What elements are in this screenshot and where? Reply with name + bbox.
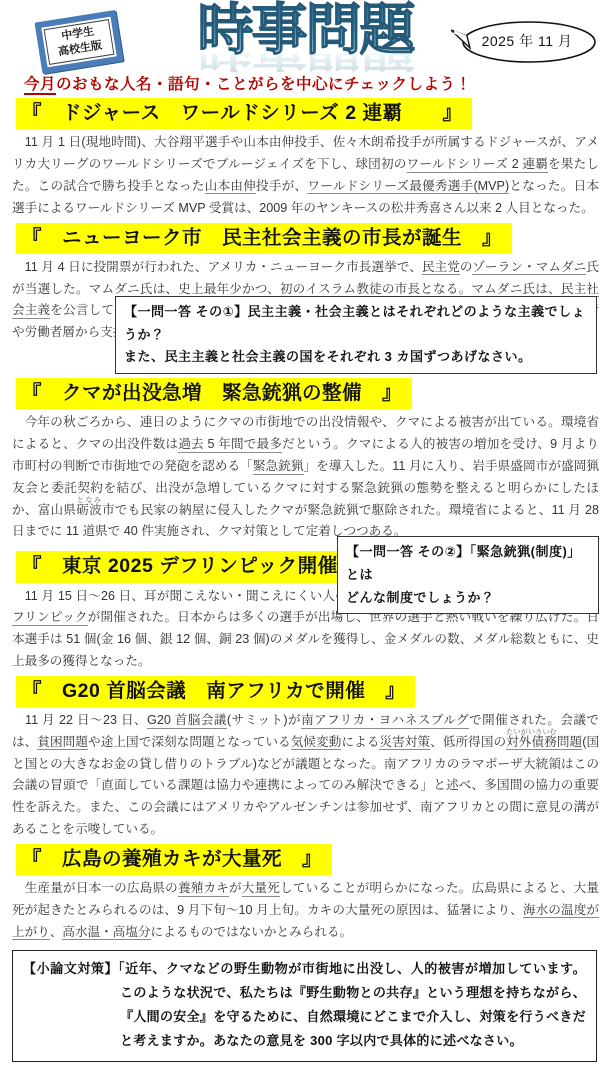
grade-badge-text: 中学生 高校生版 [44,19,115,65]
text-segment: の [460,260,472,274]
text-segment: が [229,881,242,895]
underlined-term: 緊急銃猟 [253,459,304,475]
text-segment: による [341,735,379,749]
text-segment: 投手が、 [256,179,307,193]
section-body-oysters: 生産量が日本一の広島県の養殖カキが大量死していることが明らかになった。広島県によ… [12,878,599,943]
section-g20: 『 G20 首脳会議 南アフリカで開催 』 11 月 22 日～23 日、G20… [10,676,599,841]
essay-prompt-box: 【小論文対策】「近年、クマなどの野生動物が市街地に出没し、人的被害が増加していま… [12,950,597,1062]
underlined-term: ゾーラン・マムダニ [472,260,586,276]
text-segment: 11 月 22 日～23 日、 [12,713,147,727]
section-deaflympics: 【一問一答 その②】「緊急銃猟(制度)」とは どんな制度でしょうか？ 『 東京 … [10,551,599,673]
date-bubble: 2025 年 11 月 [451,20,597,64]
underlined-term: G20 首脳会議 [147,713,227,729]
underlined-term: 問題 [557,735,582,751]
underlined-term: 災害対策 [379,735,430,751]
underlined-term: 山本由伸 [205,179,256,195]
section-heading-bears: 『 クマが出没急増 緊急銃猟の整備 』 [16,378,412,409]
underlined-term: 気候変動 [291,735,342,751]
text-segment: が開催された。日本からは多くの選手が出場し、世界の選手と熱い戦いを繰り広げた。日… [12,610,599,668]
essay-prompt-body: 「近年、クマなどの野生動物が市街地に出没し、人的被害が増加しています。このような… [118,961,586,1048]
section-heading-deaflympics: 『 東京 2025 デフリンピック開催 』 [16,551,388,582]
qa-box-2-line2: どんな制度でしょうか？ [346,587,590,610]
underlined-term: 高水温・高塩分 [62,925,150,941]
text-segment: 生産量が日本一の広島県の [12,881,178,895]
section-bears: 『 クマが出没急増 緊急銃猟の整備 』 今年の秋ごろから、連日のようにクマの市街… [10,378,599,543]
underlined-term: 大量死 [242,881,280,897]
qa-box-1-line1: 【一問一答 その①】民主主義・社会主義とはそれぞれどのような主義でしょうか？ [124,301,588,347]
text-segment: のおもな人名・語句・ことがらを中心にチェックしよう！ [56,76,472,93]
section-heading-nyc-mayor: 『 ニューヨーク市 民主社会主義の市長が誕生 』 [16,223,512,254]
page-title-reflection: 時事問題 [138,54,473,72]
page-title-text: 時事問題 [198,2,414,58]
qa-box-1: 【一問一答 その①】民主主義・社会主義とはそれぞれどのような主義でしょうか？ ま… [115,296,597,374]
text-segment: 11 月 4 日に投開票が行われた、アメリカ・ニューヨーク市長選挙で、 [12,260,422,274]
grade-badge: 中学生 高校生版 [34,10,123,74]
section-dodgers: 『 ドジャース ワールドシリーズ 2 連覇 』 11 月 1 日(現地時間)、大… [10,98,599,220]
date-bubble-text: 2025 年 11 月 [465,31,589,51]
section-body-bears: 今年の秋ごろから、連日のようにクマの市街地での出没情報や、クマによる被害が出てい… [12,412,599,543]
essay-prompt-text: 【小論文対策】「近年、クマなどの野生動物が市街地に出没し、人的被害が増加していま… [23,957,586,1053]
qa-box-2-line1: 【一問一答 その②】「緊急銃猟(制度)」とは [346,541,590,587]
section-body-g20: 11 月 22 日～23 日、G20 首脳会議(サミット)が南アフリカ・ヨハネス… [12,710,599,841]
essay-prompt-label: 【小論文対策】 [23,961,118,976]
underlined-term: ワールドシリーズ 2 連覇 [407,157,548,173]
text-segment: によるものではないかとみられる。 [151,925,353,939]
underlined-term: 過去 5 年間で最多 [178,437,282,453]
check-line: 今月のおもな人名・語句・ことがらを中心にチェックしよう！ [24,72,599,94]
section-heading-oysters: 『 広島の養殖カキが大量死 』 [16,844,332,875]
page-header: 中学生 高校生版 時事問題 時事問題 2025 年 11 月 [10,6,599,70]
underlined-term: 養殖カキ [178,881,229,897]
text-segment: (サミット)が [227,713,301,727]
section-heading-g20: 『 G20 首脳会議 南アフリカで開催 』 [16,676,415,707]
page-title: 時事問題 時事問題 [138,2,473,72]
text-segment: 、低所得国の [430,735,506,749]
qa-box-1-line2: また、民主主義と社会主義の国をそれぞれ 3 カ国ずつあげなさい。 [124,346,588,369]
text-segment: (国と国との大きなお金の貸し借りのトラブル)などが議題となった。南アフリカのラマ… [12,735,599,836]
text-segment: 砺波となみ [76,503,102,517]
text-segment: 、 [50,925,63,939]
text-segment: や途上国で深刻な問題となっている [88,735,291,749]
worksheet-page: 中学生 高校生版 時事問題 時事問題 2025 年 11 月 今月のおもな人名・… [0,0,607,1074]
section-body-dodgers: 11 月 1 日(現地時間)、大谷翔平選手や山本由伸投手、佐々木朗希投手が所属す… [12,132,599,219]
section-oysters: 『 広島の養殖カキが大量死 』 生産量が日本一の広島県の養殖カキが大量死している… [10,844,599,944]
underlined-term: ワールドシリーズ最優秀選手(MVP) [307,179,509,195]
section-nyc-mayor: 『 ニューヨーク市 民主社会主義の市長が誕生 』 11 月 4 日に投開票が行わ… [10,223,599,345]
underlined-term: 民主党 [422,260,460,276]
underlined-term: 対外債務たいがいさいむ [506,735,557,751]
qa-box-2: 【一問一答 その②】「緊急銃猟(制度)」とは どんな制度でしょうか？ [337,536,599,614]
underlined-term: 貧困問題 [37,735,88,751]
underlined-term: 今月 [24,76,56,95]
section-heading-dodgers: 『 ドジャース ワールドシリーズ 2 連覇 』 [16,98,472,129]
underlined-term: 南アフリカ・ヨハネスブルグ [301,713,469,729]
